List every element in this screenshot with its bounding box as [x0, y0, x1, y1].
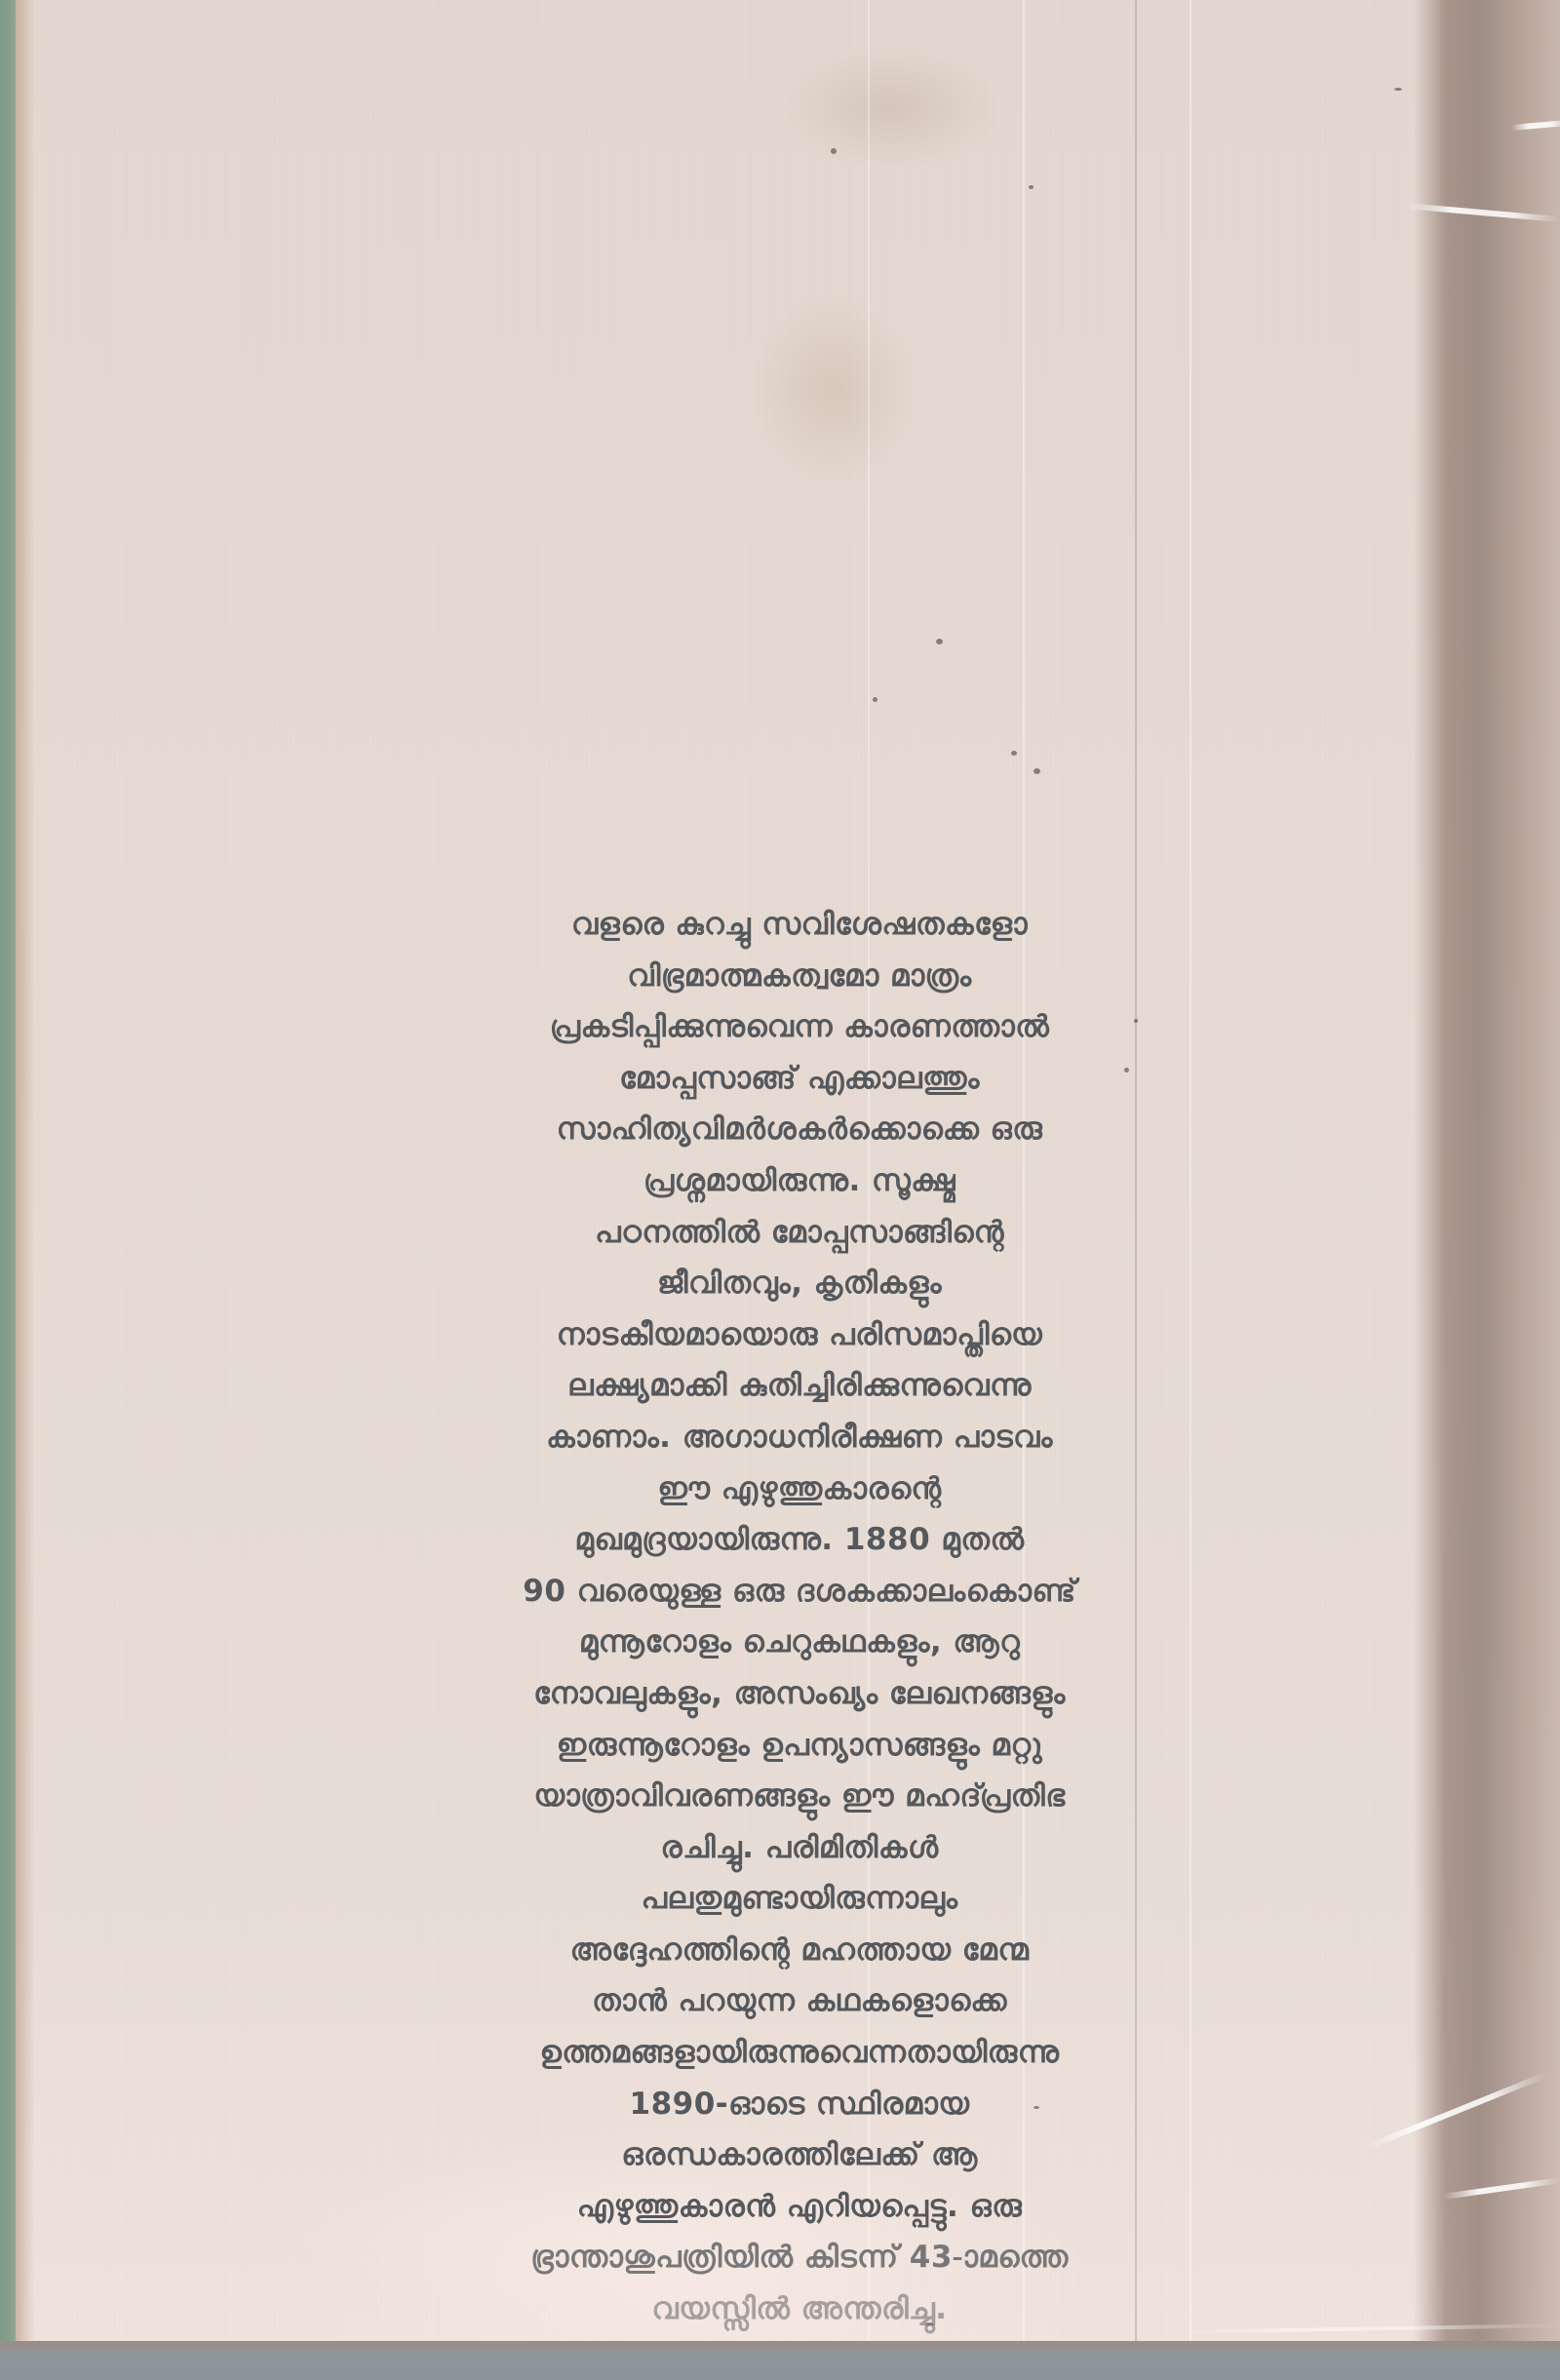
blurb-line: ഭ്രാന്താശുപത്രിയിൽ കിടന്ന് 43-ാമത്തെ — [429, 2232, 1170, 2283]
blurb-line: സാഹിത്യവിമർശകർക്കൊക്കെ ഒരു — [429, 1104, 1170, 1155]
blurb-line: വളരെ കുറച്ചു സവിശേഷതകളോ — [429, 899, 1170, 951]
blurb-line: മുന്നൂറോളം ചെറുകഥകളും, ആറു — [429, 1617, 1170, 1668]
paper-speck — [1029, 185, 1033, 189]
blurb-line: 90 വരെയുള്ള ഒരു ദശകക്കാലംകൊണ്ട് — [429, 1566, 1170, 1618]
blurb-line: നാടകീയമായൊരു പരിസമാപ്തിയെ — [429, 1309, 1170, 1361]
paper-speck — [936, 639, 943, 644]
left-edge-stain — [14, 0, 35, 2343]
blurb-line: പ്രശ്നമായിരുന്നു. സൂക്ഷ്മ — [429, 1155, 1170, 1207]
blurb-line: പ്രകടിപ്പിക്കുന്നുവെന്ന കാരണത്താൽ — [429, 1001, 1170, 1053]
blurb-line: മുഖമുദ്രയായിരുന്നു. 1880 മുതൽ — [429, 1514, 1170, 1566]
blurb-line: ഉത്തമങ്ങളായിരുന്നുവെന്നതായിരുന്നു — [429, 2027, 1170, 2079]
paper-speck — [1033, 768, 1040, 774]
blurb-line: വയസ്സിൽ അന്തരിച്ചു. — [429, 2283, 1170, 2335]
blurb-line: പഠനത്തിൽ മോപ്പസാങ്ങിന്റെ — [429, 1207, 1170, 1259]
blurb-line: അദ്ദേഹത്തിന്റെ മഹത്തായ മേന്മ — [429, 1925, 1170, 1976]
blurb-line: ഇരുന്നൂറോളം ഉപന്യാസങ്ങളും മറ്റു — [429, 1720, 1170, 1772]
blurb-line: ലക്ഷ്യമാക്കി കുതിച്ചിരിക്കുന്നുവെന്നു — [429, 1360, 1170, 1412]
blurb-line: ജീവിതവും, കൃതികളും — [429, 1258, 1170, 1309]
paper-speck — [873, 697, 877, 702]
paper-speck — [831, 148, 837, 154]
paper-speck — [1011, 751, 1017, 756]
blurb-line: 1890-ഓടെ സ്ഥിരമായ — [429, 2079, 1170, 2130]
blurb-line: വിഭ്രമാത്മകത്വമോ മാത്രം — [429, 951, 1170, 1002]
blurb-line: മോപ്പസാങ്ങ് എക്കാലത്തും — [429, 1053, 1170, 1105]
bottom-grey-strip — [0, 2341, 1560, 2380]
scanned-back-cover: വളരെ കുറച്ചു സവിശേഷതകളോ വിഭ്രമാത്മകത്വമോ… — [0, 0, 1560, 2380]
back-cover-blurb: വളരെ കുറച്ചു സവിശേഷതകളോ വിഭ്രമാത്മകത്വമോ… — [429, 899, 1170, 2335]
blurb-line: യാത്രാവിവരണങ്ങളും ഈ മഹദ്പ്രതിഭ — [429, 1771, 1170, 1822]
spine-shadow — [1414, 0, 1560, 2343]
paper-speck — [1394, 88, 1402, 91]
blurb-line: ഒരന്ധകാരത്തിലേക്ക് ആ — [429, 2129, 1170, 2181]
blurb-line: എഴുത്തുകാരൻ എറിയപ്പെട്ടു. ഒരു — [429, 2181, 1170, 2233]
blurb-line: കാണാം. അഗാധനിരീക്ഷണ പാടവം — [429, 1412, 1170, 1463]
blurb-line: പലതുമുണ്ടായിരുന്നാലും — [429, 1873, 1170, 1925]
blurb-line: നോവലുകളും, അസംഖ്യം ലേഖനങ്ങളും — [429, 1668, 1170, 1720]
blurb-line: താൻ പറയുന്ന കഥകളൊക്കെ — [429, 1975, 1170, 2027]
blurb-line: ഈ എഴുത്തുകാരന്റെ — [429, 1463, 1170, 1515]
left-green-binding-strip — [0, 0, 16, 2380]
blurb-line: രചിച്ചു. പരിമിതികൾ — [429, 1822, 1170, 1874]
